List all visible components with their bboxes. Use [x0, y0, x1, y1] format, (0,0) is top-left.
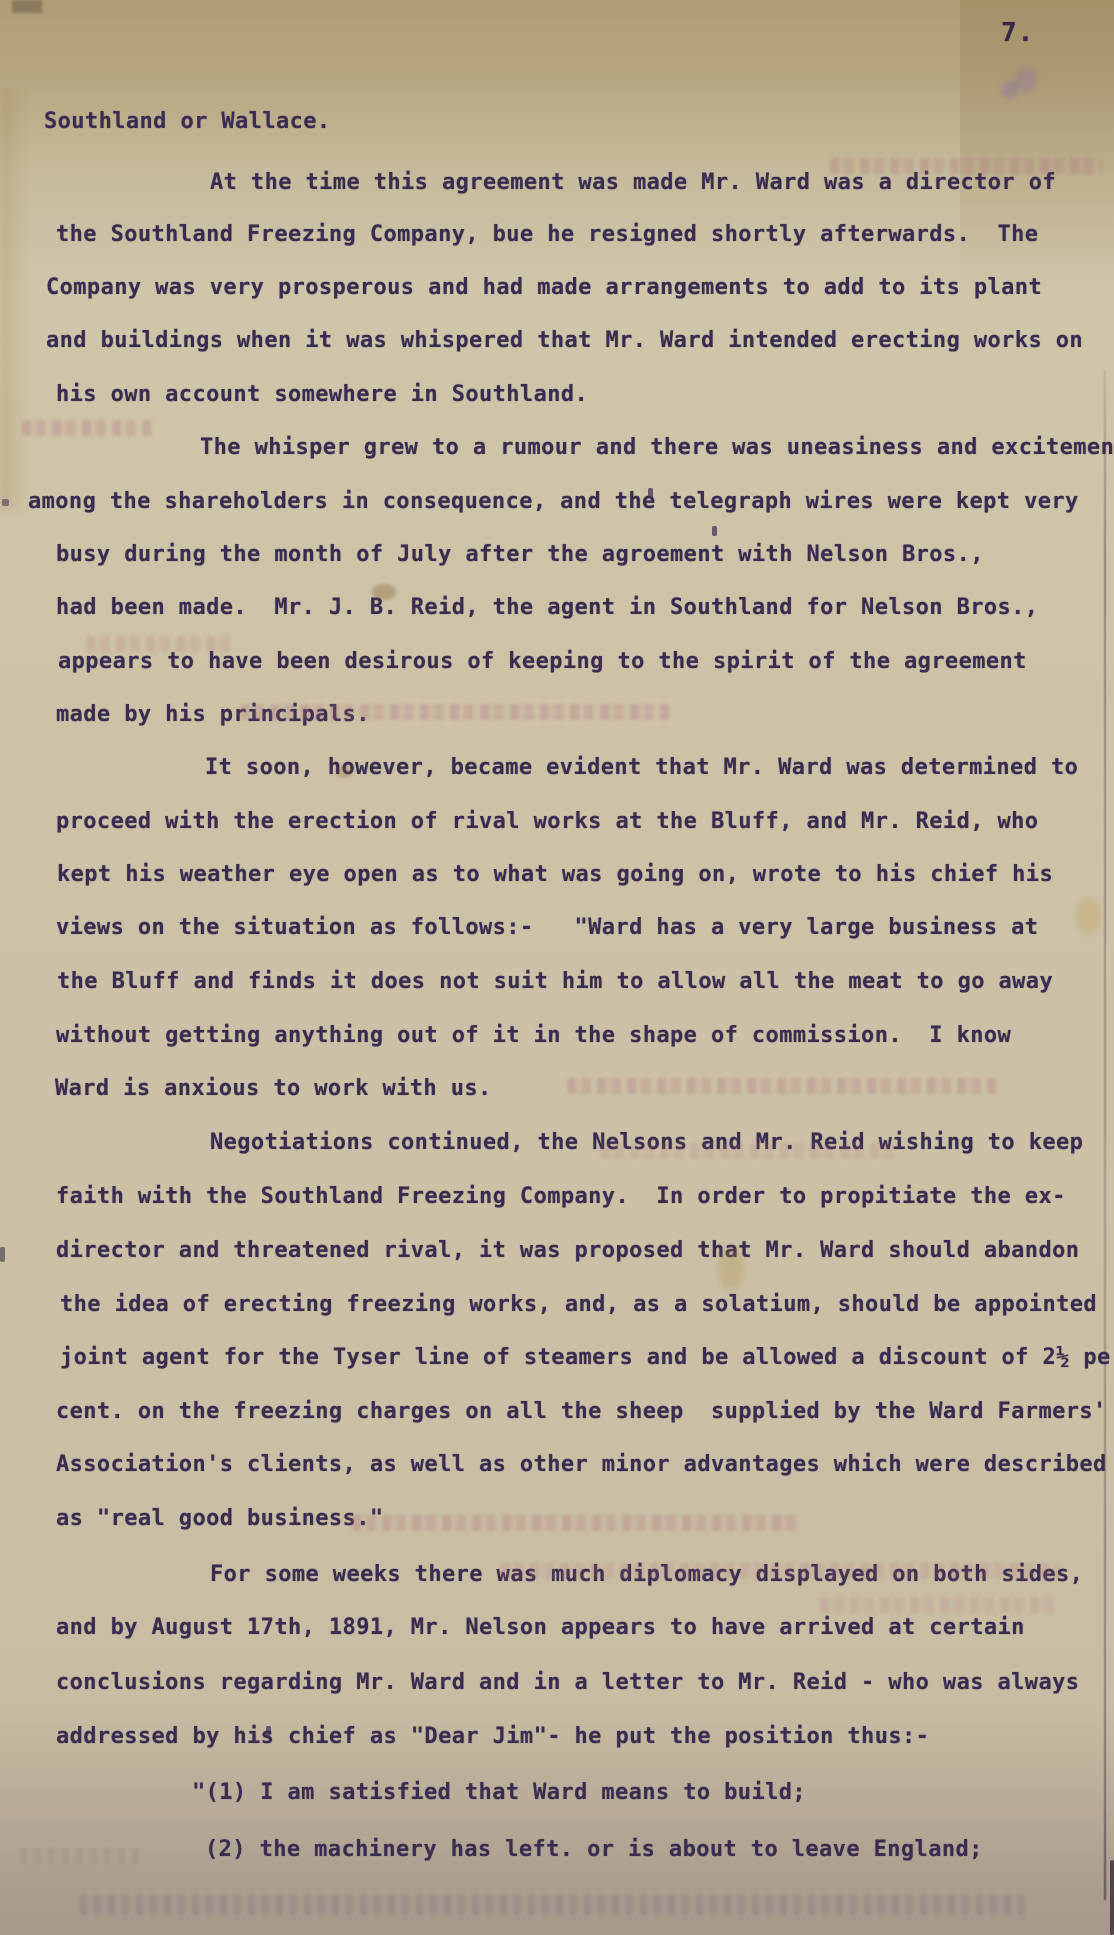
ink-smudge [996, 64, 1042, 104]
bleed-through-mark [22, 420, 152, 436]
document-line: (2) the machinery has left. or is about … [205, 1835, 983, 1865]
document-line: busy during the month of July after the … [56, 540, 984, 570]
document-line: made by his principals. [56, 700, 370, 730]
document-line: The whisper grew to a rumour and there w… [200, 433, 1114, 463]
document-line: among the shareholders in consequence, a… [28, 487, 1079, 517]
ink-speck [2, 499, 9, 506]
ink-speck [1110, 1860, 1114, 1935]
document-line: Negotiations continued, the Nelsons and … [210, 1128, 1083, 1158]
document-line: had been made. Mr. J. B. Reid, the agent… [56, 593, 1038, 623]
document-line: proceed with the erection of rival works… [56, 807, 1038, 837]
document-line: Company was very prosperous and had made… [46, 273, 1042, 303]
bleed-through-mark [567, 1078, 997, 1094]
document-line: the Southland Freezing Company, bue he r… [56, 220, 1038, 250]
document-line: and by August 17th, 1891, Mr. Nelson app… [56, 1613, 1025, 1643]
document-line: kept his weather eye open as to what was… [57, 860, 1053, 890]
document-line: It soon, however, became evident that Mr… [205, 753, 1078, 783]
document-line: the idea of erecting freezing works, and… [60, 1290, 1097, 1320]
scanned-document-page: 7. Southland or Wallace.At the time this… [0, 0, 1114, 1935]
document-line: At the time this agreement was made Mr. … [210, 168, 1056, 198]
document-line: For some weeks there was much diplomacy … [210, 1560, 1083, 1590]
bleed-through-mark [80, 1895, 1030, 1915]
document-line: without getting anything out of it in th… [56, 1021, 1011, 1051]
ink-speck [0, 1247, 5, 1262]
document-line: views on the situation as follows:- "War… [56, 913, 1038, 943]
bleed-through-mark [820, 1597, 1060, 1613]
corner-smudge [12, 0, 42, 13]
document-line: the Bluff and finds it does not suit him… [57, 967, 1053, 997]
paper-shade-left-edge [0, 90, 28, 510]
document-line: faith with the Southland Freezing Compan… [56, 1182, 1066, 1212]
document-line: conclusions regarding Mr. Ward and in a … [56, 1668, 1079, 1698]
document-line: as "real good business." [56, 1504, 383, 1534]
page-number: 7. [1001, 18, 1034, 48]
ink-speck [712, 526, 717, 536]
document-line: joint agent for the Tyser line of steame… [60, 1343, 1111, 1373]
document-line: Southland or Wallace. [44, 107, 331, 137]
document-line: addressed by his chief as "Dear Jim"- he… [56, 1722, 929, 1752]
document-line: and buildings when it was whispered that… [46, 326, 1083, 356]
bleed-through-mark [352, 1515, 802, 1531]
document-line: "(1) I am satisfied that Ward means to b… [192, 1778, 806, 1808]
document-line: appears to have been desirous of keeping… [58, 647, 1027, 677]
document-line: Ward is anxious to work with us. [55, 1074, 492, 1104]
paper-stain [1076, 898, 1102, 934]
bleed-through-mark [20, 1848, 140, 1864]
document-line: Association's clients, as well as other … [56, 1450, 1107, 1480]
document-line: director and threatened rival, it was pr… [56, 1236, 1079, 1266]
document-line: cent. on the freezing charges on all the… [56, 1397, 1107, 1427]
document-line: his own account somewhere in Southland. [56, 380, 588, 410]
page-edge-crease [1104, 370, 1106, 1900]
